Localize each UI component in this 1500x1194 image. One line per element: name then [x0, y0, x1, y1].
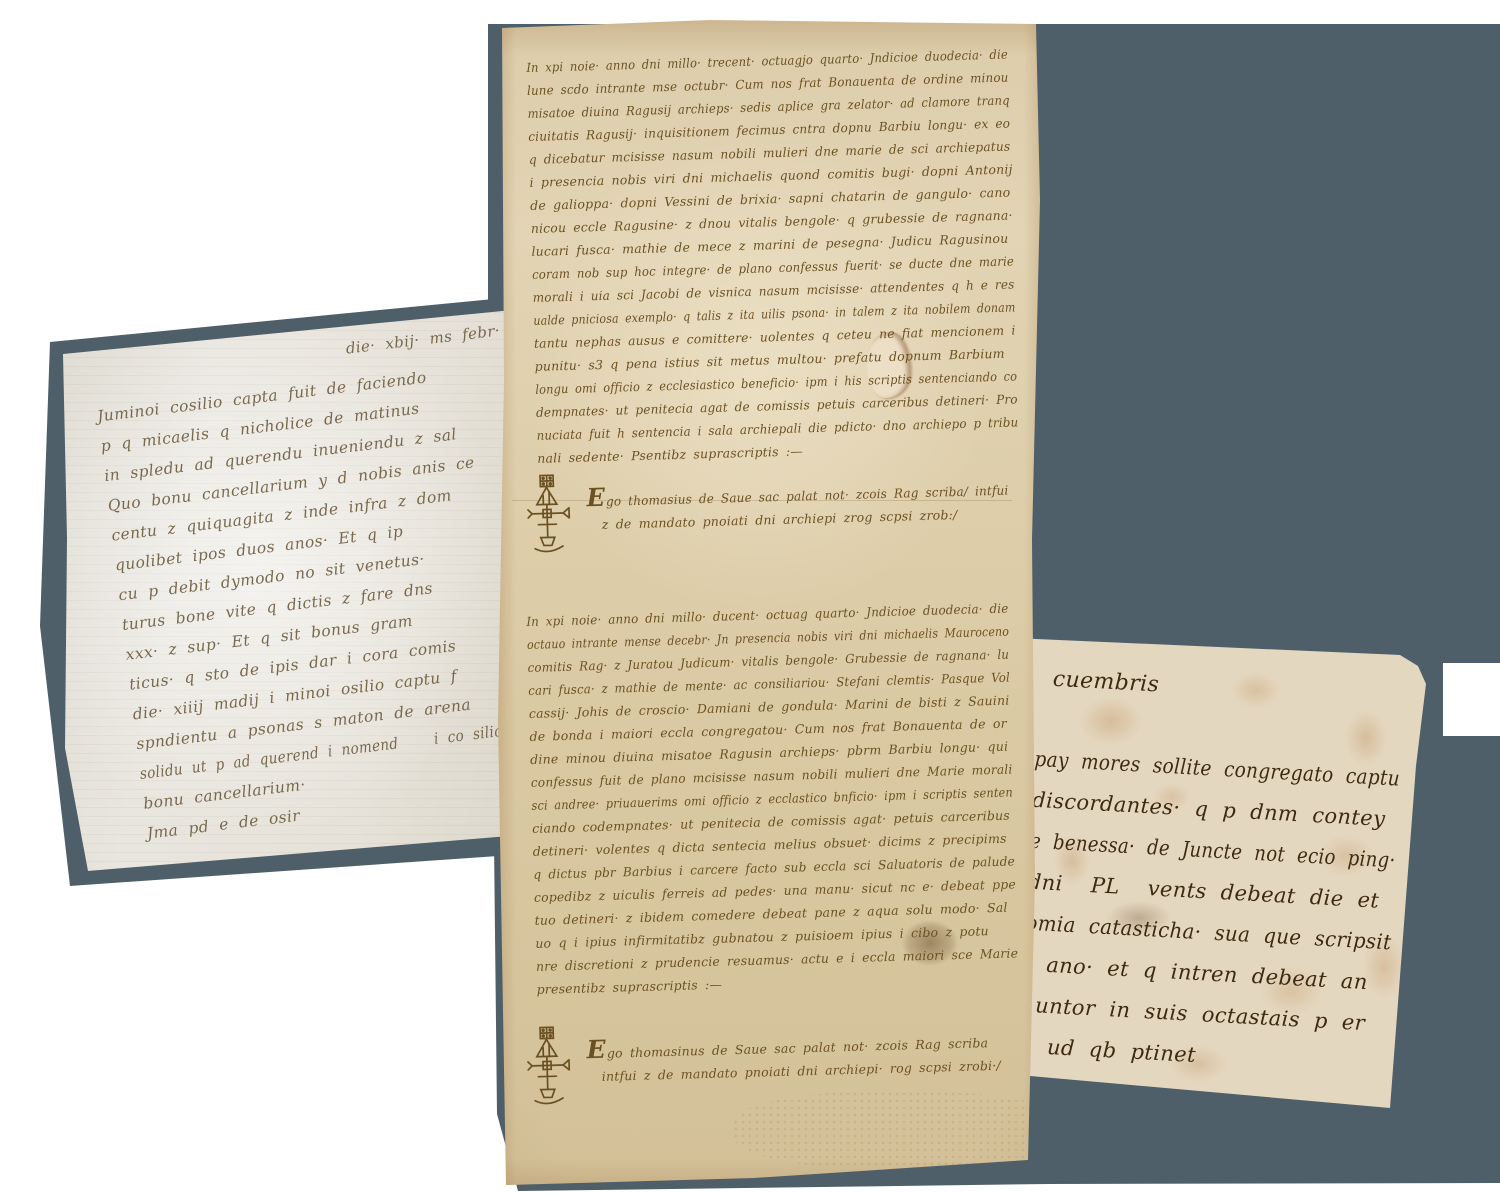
manuscript-line: xxx· z sup· Et q sit bonus gram [124, 590, 545, 670]
manuscript-line: presentibz suprascriptis :— [536, 964, 1018, 1000]
manuscript-line: comitis Rag· z Juratou Judicum· vitalis … [527, 643, 984, 679]
manuscript-line: ticus· q sto de ipis dar i cora comis [127, 620, 548, 700]
parchment-hole [866, 332, 910, 398]
manuscript-line: Juminoi cosilio capta fuit de faciendo [95, 352, 516, 432]
right-document: cuembris pay mores sollite congregato ca… [1006, 626, 1434, 1114]
background-notch [1443, 663, 1500, 736]
foxing-spot [1221, 664, 1291, 716]
notary-subscription-lines: Ego thomasius de Saue sac palat not· zco… [586, 461, 1010, 537]
notary-subscription-block-2: Ego thomasinus de Saue sac palat not· zc… [526, 1013, 1010, 1110]
manuscript-line: q dicebatur mcisisse nasum nobili mulier… [529, 135, 997, 171]
foxing-spot [1246, 956, 1336, 1026]
manuscript-line: confessus fuit de plano mcisisse nasum n… [530, 758, 999, 794]
manuscript-line: dine minou diuina misatoe Ragusin archie… [530, 734, 1012, 770]
manuscript-line: ualde pniciosa exemplo· q talis z ita ui… [533, 297, 957, 332]
manuscript-line: detineri· volentes q dicta sentecia meli… [532, 826, 1014, 862]
manuscript-line: nuciata fuit h sentencia i sala archiepa… [536, 411, 992, 447]
latin-sentence-paragraph-2: In xpi noie· anno dni millo· ducent· oct… [526, 597, 1019, 1001]
manuscript-line: ciando codempnates· ut penitecia de comi… [532, 803, 1014, 839]
manuscript-line: i presencia nobis viri dni michaelis quo… [529, 157, 1011, 193]
manuscript-line: tantu nephas ausus e comittere· uolentes… [534, 319, 1010, 355]
manuscript-line: misatoe diuina Ragusij archieps· sedis a… [527, 90, 974, 125]
right-document-text: cuembris pay mores sollite congregato ca… [1018, 658, 1406, 1086]
manuscript-line: Quo bonu cancellarium y d nobis anis ce [106, 441, 527, 521]
manuscript-line: copedibz z uiculis ferreis ad pedes· una… [534, 873, 1012, 909]
manuscript-line: cu p debit dymodo no sit venetus· [117, 531, 538, 611]
manuscript-line: punitu· s3 q pena istius sit metus multo… [534, 341, 1016, 377]
right-document-lines: pay mores sollite congregato captudiscor… [1018, 739, 1401, 1086]
parchment-speckle [734, 1092, 1064, 1168]
ink-stain [892, 912, 968, 974]
parchment-crease [512, 500, 1012, 501]
manuscript-line: dni PL vents debeat die et [1027, 862, 1395, 923]
left-document-lines: Juminoi cosilio capta fuit de faciendop … [95, 352, 565, 849]
manuscript-line: Ego thomasius de Saue sac palat not· zco… [586, 475, 991, 513]
manuscript-line: ud qb ptinet [1018, 1025, 1386, 1086]
manuscript-line: nicou eccle Ragusine· z dnou vitalis ben… [530, 204, 1008, 240]
foxing-spot [1156, 1038, 1240, 1090]
notary-sign-icon [526, 473, 574, 558]
foxing-spot [1336, 698, 1396, 778]
manuscript-line: de galioppa· dopni Vessini de brixia· sa… [530, 180, 1012, 216]
manuscript-line: e benessa· de Juncte not ecio ping· [1029, 821, 1344, 879]
manuscript-line: cari fusca· z mathie de mente· ac consil… [528, 666, 980, 702]
foxing-spot [1046, 826, 1098, 896]
manuscript-line: q dictus pbr Barbius i carcere facto sub… [533, 850, 1003, 886]
notary-sign-icon [526, 1025, 574, 1110]
manuscript-line: dempnates· ut penitecia agat de comissis… [536, 388, 1000, 424]
manuscript-line: intfui z de mandato pnoiati dni archiepi… [587, 1054, 1009, 1089]
manuscript-line: coram nob sup hoc integre· de plano conf… [532, 250, 982, 286]
manuscript-collage: die· xbij· ms febr· Juminoi cosilio capt… [0, 0, 1500, 1194]
left-document: die· xbij· ms febr· Juminoi cosilio capt… [55, 308, 513, 880]
manuscript-line: morali i uia sci Jacobi de visnica nasum… [532, 273, 994, 309]
center-document: In xpi noie· anno dni millo· trecent· oc… [494, 20, 1046, 1194]
manuscript-line: cassij· Johis de croscio· Damiani de gon… [529, 689, 1011, 725]
foxing-spot [1306, 826, 1386, 886]
stain-smudge [1094, 894, 1184, 942]
manuscript-line: quolibet ipos duos anos· Et q ip [113, 501, 534, 581]
manuscript-line: ciuitatis Ragusij· inquisitionem fecimus… [528, 112, 993, 148]
manuscript-line: t ano· et q intren debeat an [1022, 944, 1390, 1005]
manuscript-line: de bonda i maiori eccla congregatou· Cum… [529, 711, 1011, 747]
manuscript-line: centu z quiquagita z inde infra z dom [110, 471, 531, 551]
manuscript-line: lune scdo intrante mse octubr· Cum nos f… [527, 66, 985, 102]
latin-sentence-paragraph-1: In xpi noie· anno dni millo· trecent· oc… [526, 43, 1019, 470]
right-document-month-heading: cuembris [1038, 658, 1406, 719]
manuscript-line: solidu ut p ad querend i nomend i co sil… [138, 716, 506, 789]
manuscript-line: discordantes· q p dnm contey [1031, 780, 1399, 841]
foxing-spot [1146, 776, 1198, 818]
manuscript-line: In xpi noie· anno dni millo· trecent· oc… [526, 44, 970, 79]
manuscript-line: omia catasticha· sua que scripsit [1025, 903, 1370, 963]
manuscript-line: tuo detineri· z ibidem comedere debeat p… [534, 895, 1016, 931]
manuscript-line: nali sedente· Psentibz suprascriptis :— [537, 433, 1019, 469]
manuscript-line: spndientu a psonas s maton de arena [135, 680, 556, 760]
manuscript-line: untor in suis octastais p er [1020, 985, 1388, 1046]
left-document-text: die· xbij· ms febr· Juminoi cosilio capt… [91, 314, 566, 848]
manuscript-line: In xpi noie· anno dni millo· ducent· oct… [526, 597, 983, 633]
manuscript-line: lucari fusca· mathie de mece z marini de… [531, 226, 1013, 262]
manuscript-line: longu omi officio z ecclesiastico benefi… [535, 366, 972, 401]
manuscript-line: z de mandato pnoiati dni archiepi zrog s… [587, 502, 1009, 537]
manuscript-line: p q micaelis q nicholice de matinus [99, 382, 520, 462]
manuscript-line: uo q i ipius infirmitatibz gubnatou z pu… [535, 918, 1017, 954]
manuscript-line: in spledu ad querendu inueniendu z sal [103, 412, 524, 492]
manuscript-line: sci andree· priuauerims omi officio z ec… [531, 782, 968, 817]
manuscript-line: Ego thomasinus de Saue sac palat not· zc… [586, 1027, 1009, 1066]
manuscript-line: turus bone vite q dictis z fare dns [120, 561, 541, 641]
foxing-spot [1066, 686, 1156, 756]
notary-subscription-lines: Ego thomasinus de Saue sac palat not· zc… [586, 1013, 1010, 1089]
notary-subscription-block-1: Ego thomasius de Saue sac palat not· zco… [526, 461, 1010, 558]
manuscript-line: octauo intrante mense decebr· Jn presenc… [527, 621, 951, 656]
manuscript-line: die· xiiij madij i minoi osilio captu f [131, 650, 552, 730]
manuscript-line: nre discretioni z prudencie resuamus· ac… [536, 942, 1014, 978]
manuscript-line: pay mores sollite congregato captu [1033, 739, 1356, 797]
